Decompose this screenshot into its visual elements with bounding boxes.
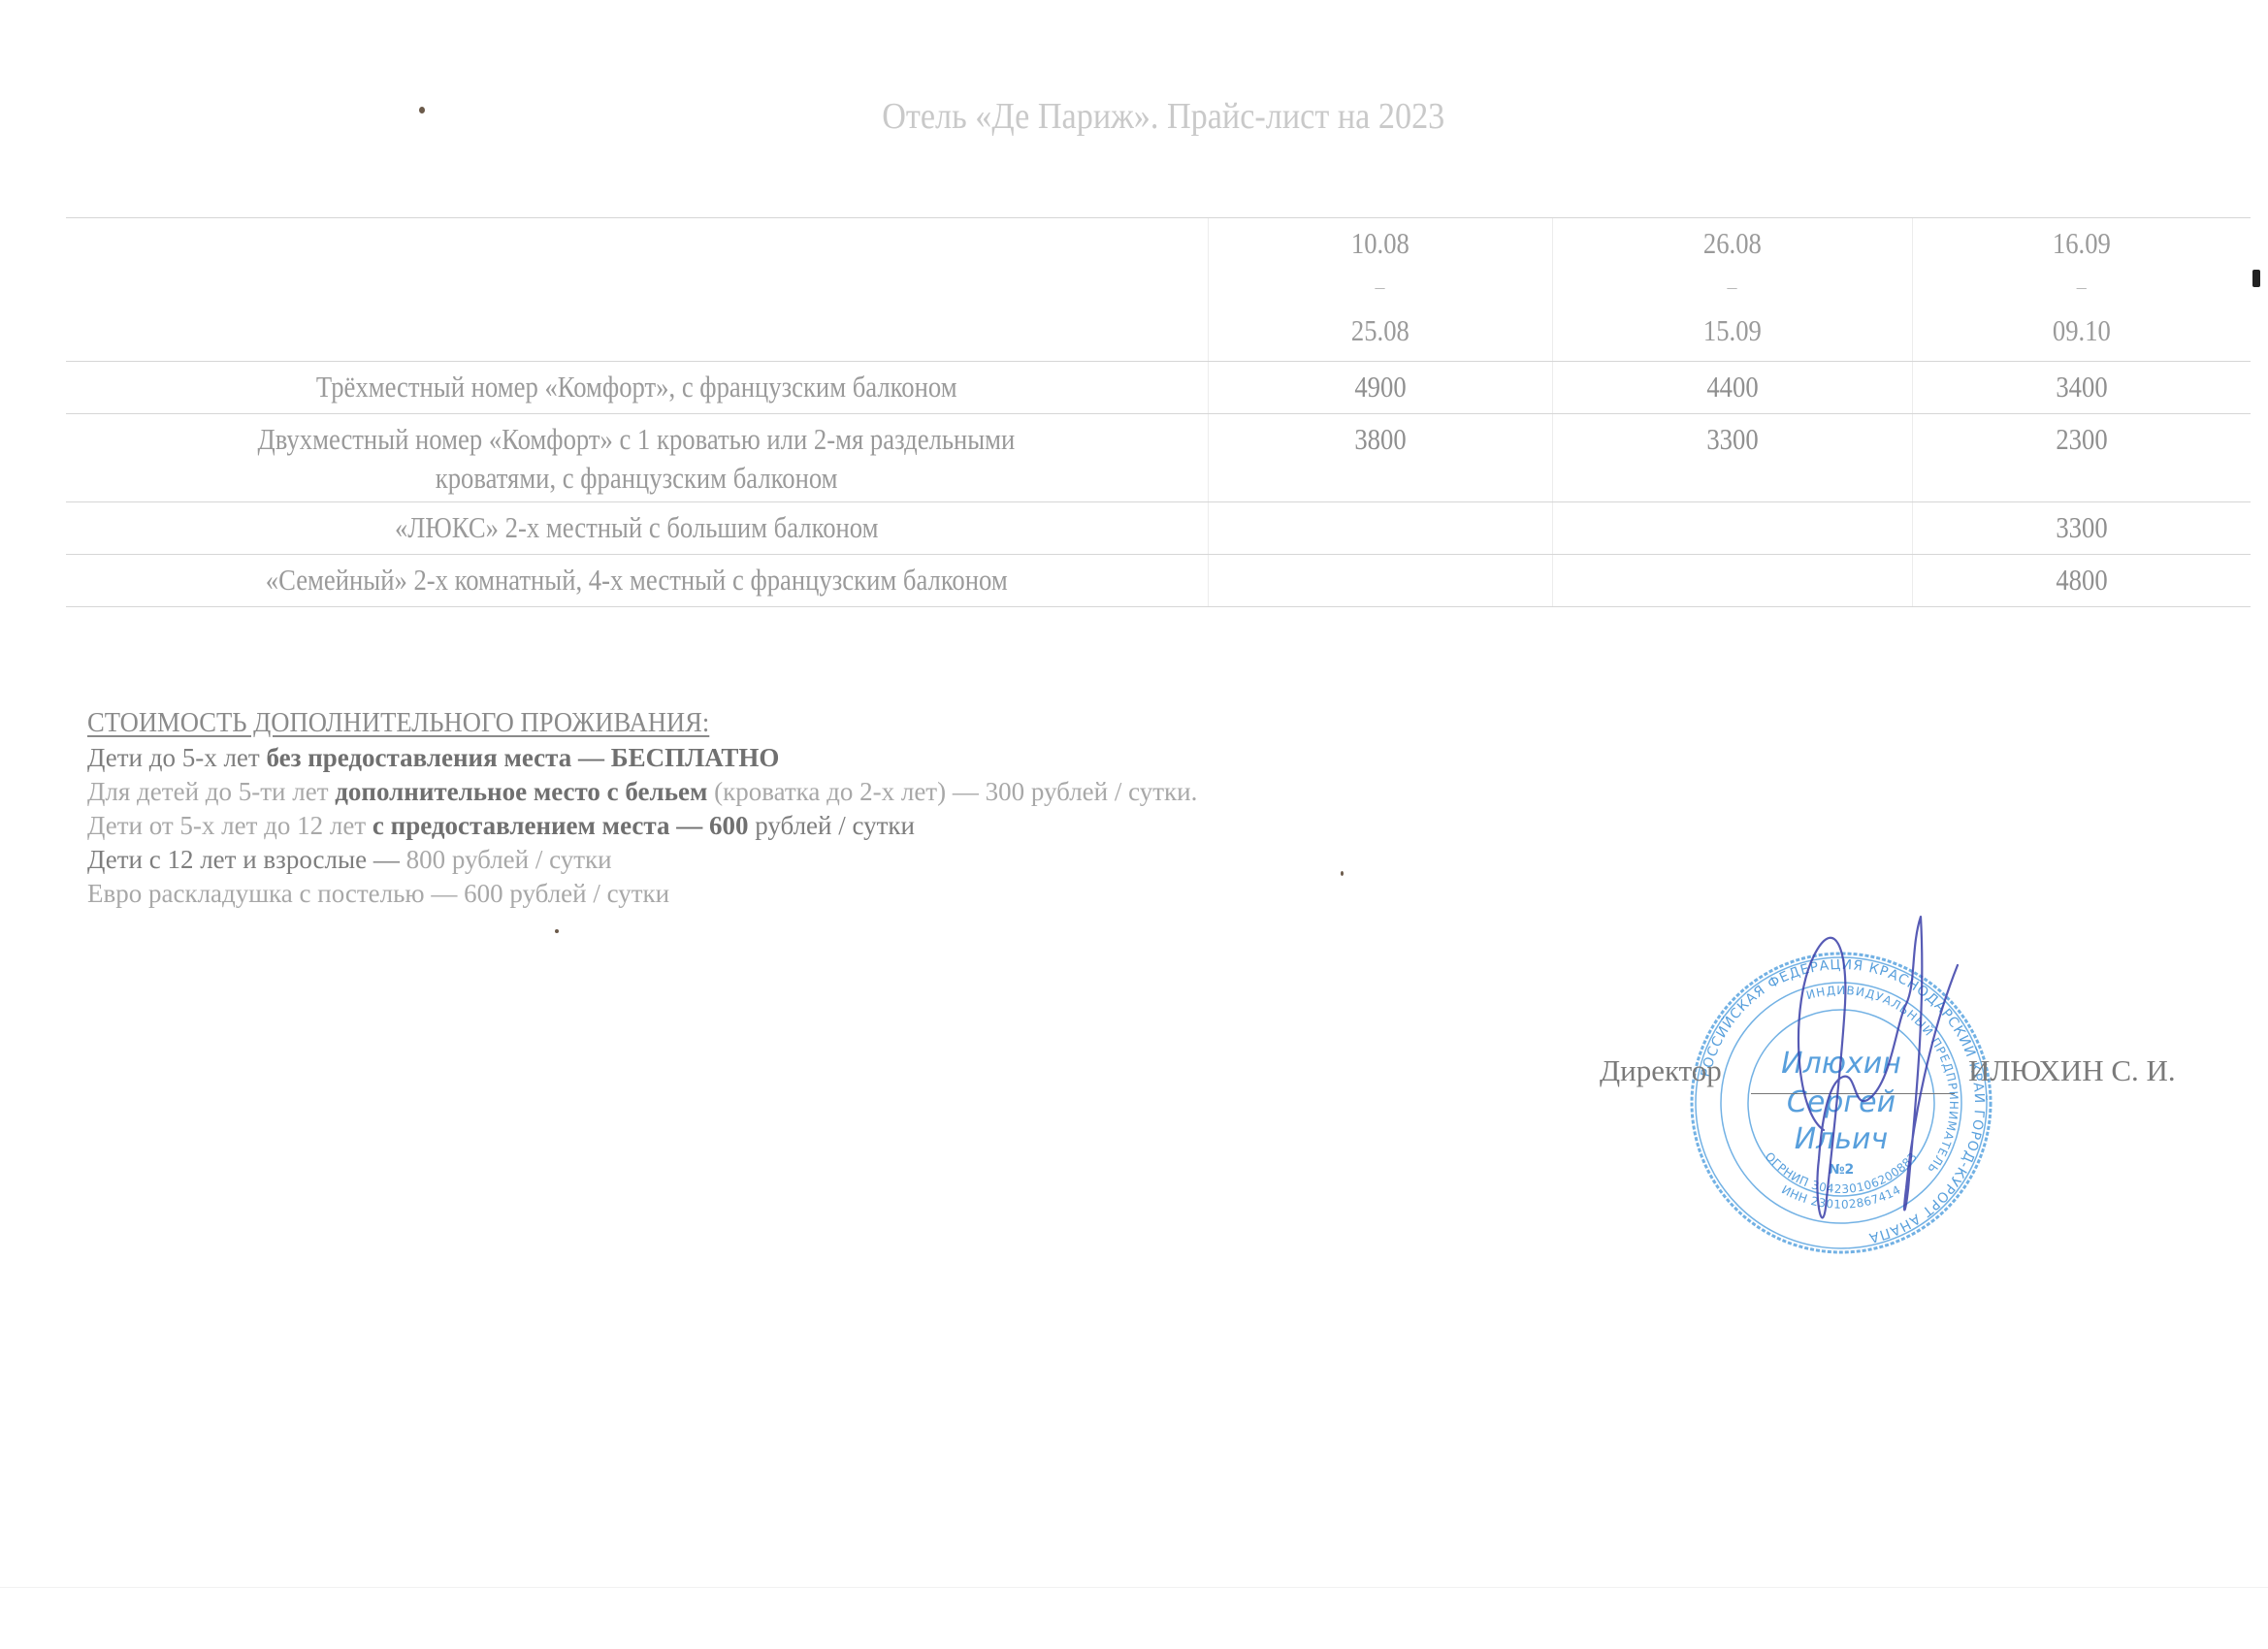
room-name-cell: «Семейный» 2-х комнатный, 4-х местный с … xyxy=(66,555,1208,607)
header-empty-cell xyxy=(66,218,1208,362)
extra-line: Дети от 5-х лет до 12 лет с предоставлен… xyxy=(87,809,1197,843)
room-name-line-1: Двухместный номер «Комфорт» с 1 кроватью… xyxy=(258,420,1016,459)
scan-speck xyxy=(555,929,559,933)
price-value: 3300 xyxy=(2056,508,2107,547)
extra-accommodation-section: СТОИМОСТЬ ДОПОЛНИТЕЛЬНОГО ПРОЖИВАНИЯ: Де… xyxy=(87,706,1197,911)
room-name-line-2: кроватями, с французским балконом xyxy=(436,459,838,498)
director-name: ИЛЮХИН С. И. xyxy=(1968,1053,2176,1088)
price-cell: 3800 xyxy=(1208,414,1552,502)
price-cell xyxy=(1552,502,1912,555)
price-value: 2300 xyxy=(2056,420,2107,459)
extra-line-bold: без предоставления места — БЕСПЛАТНО xyxy=(266,743,779,772)
director-label: Директор xyxy=(1600,1053,1722,1088)
table-row: Трёхместный номер «Комфорт», с французск… xyxy=(66,362,2251,414)
price-value: 4400 xyxy=(1706,368,1758,406)
extra-line-text: 800 рублей / сутки xyxy=(406,845,612,874)
room-name-cell: Двухместный номер «Комфорт» с 1 кроватью… xyxy=(66,414,1208,502)
period-header: 16.09 – 09.10 xyxy=(1912,218,2251,362)
extra-line-bold: дополнительное место с бельем xyxy=(335,777,707,806)
extra-line-text: (кроватка до 2-х лет) — 300 рублей / сут… xyxy=(707,777,1197,806)
extra-line-text: Для детей до 5-ти лет xyxy=(87,777,335,806)
table-header-row: 10.08 – 25.08 26.08 – 15.09 16.09 – 09.1… xyxy=(66,218,2251,362)
table-row: «ЛЮКС» 2-х местный с большим балконом 33… xyxy=(66,502,2251,555)
scan-mark xyxy=(2252,270,2260,287)
document-title-text: Отель «Де Париж». Прайс-лист на 2023 xyxy=(882,95,1444,138)
price-value: 4900 xyxy=(1354,368,1406,406)
price-cell xyxy=(1552,555,1912,607)
room-name: Трёхместный номер «Комфорт», с французск… xyxy=(146,368,1127,406)
price-cell: 4400 xyxy=(1552,362,1912,414)
room-name: «ЛЮКС» 2-х местный с большим балконом xyxy=(146,508,1127,547)
extra-line-text: Дети от 5-х лет до 12 лет xyxy=(87,811,373,840)
extra-line-text: рублей / сутки xyxy=(748,811,915,840)
price-cell: 3300 xyxy=(1912,502,2251,555)
period-from: 16.09 xyxy=(2053,222,2111,265)
period-separator: – xyxy=(1728,265,1737,309)
extra-line: Для детей до 5-ти лет дополнительное мес… xyxy=(87,775,1197,809)
extra-accommodation-heading: СТОИМОСТЬ ДОПОЛНИТЕЛЬНОГО ПРОЖИВАНИЯ: xyxy=(87,706,709,741)
price-cell: 2300 xyxy=(1912,414,2251,502)
period-separator: – xyxy=(1376,265,1385,309)
price-table: 10.08 – 25.08 26.08 – 15.09 16.09 – 09.1… xyxy=(66,217,2251,607)
extra-line: Дети до 5-х лет без предоставления места… xyxy=(87,741,1197,775)
room-name-cell: «ЛЮКС» 2-х местный с большим балконом xyxy=(66,502,1208,555)
price-value: 4800 xyxy=(2056,561,2107,599)
table-row: Двухместный номер «Комфорт» с 1 кроватью… xyxy=(66,414,2251,502)
extra-line-text: 600 рублей / сутки xyxy=(464,879,669,908)
period-from: 10.08 xyxy=(1351,222,1409,265)
document-title: Отель «Де Париж». Прайс-лист на 2023 xyxy=(0,95,2268,138)
extra-line-bold: с предоставлением места — 600 xyxy=(373,811,749,840)
price-cell: 4900 xyxy=(1208,362,1552,414)
table-row: «Семейный» 2-х комнатный, 4-х местный с … xyxy=(66,555,2251,607)
extra-line-text: Евро раскладушка с постелью — xyxy=(87,879,464,908)
period-header: 10.08 – 25.08 xyxy=(1208,218,1552,362)
price-cell xyxy=(1208,502,1552,555)
period-to: 09.10 xyxy=(2053,309,2111,352)
period-separator: – xyxy=(2077,265,2087,309)
period-from: 26.08 xyxy=(1703,222,1762,265)
handwritten-signature xyxy=(1736,888,1979,1276)
price-cell xyxy=(1208,555,1552,607)
extra-line-text: Дети с 12 лет и взрослые — xyxy=(87,845,406,874)
extra-line: Дети с 12 лет и взрослые — 800 рублей / … xyxy=(87,843,1197,877)
price-cell: 3400 xyxy=(1912,362,2251,414)
price-value: 3800 xyxy=(1354,420,1406,459)
price-cell: 3300 xyxy=(1552,414,1912,502)
room-name-cell: Трёхместный номер «Комфорт», с французск… xyxy=(66,362,1208,414)
price-cell: 4800 xyxy=(1912,555,2251,607)
scan-edge xyxy=(0,1587,2268,1588)
period-to: 15.09 xyxy=(1703,309,1762,352)
period-to: 25.08 xyxy=(1351,309,1409,352)
price-value: 3400 xyxy=(2056,368,2107,406)
period-header: 26.08 – 15.09 xyxy=(1552,218,1912,362)
extra-line-text: Дети до 5-х лет xyxy=(87,743,266,772)
scan-speck xyxy=(419,107,425,113)
scan-speck xyxy=(1341,871,1344,876)
extra-line: Евро раскладушка с постелью — 600 рублей… xyxy=(87,877,1197,911)
price-value: 3300 xyxy=(1706,420,1758,459)
room-name: «Семейный» 2-х комнатный, 4-х местный с … xyxy=(146,561,1127,599)
